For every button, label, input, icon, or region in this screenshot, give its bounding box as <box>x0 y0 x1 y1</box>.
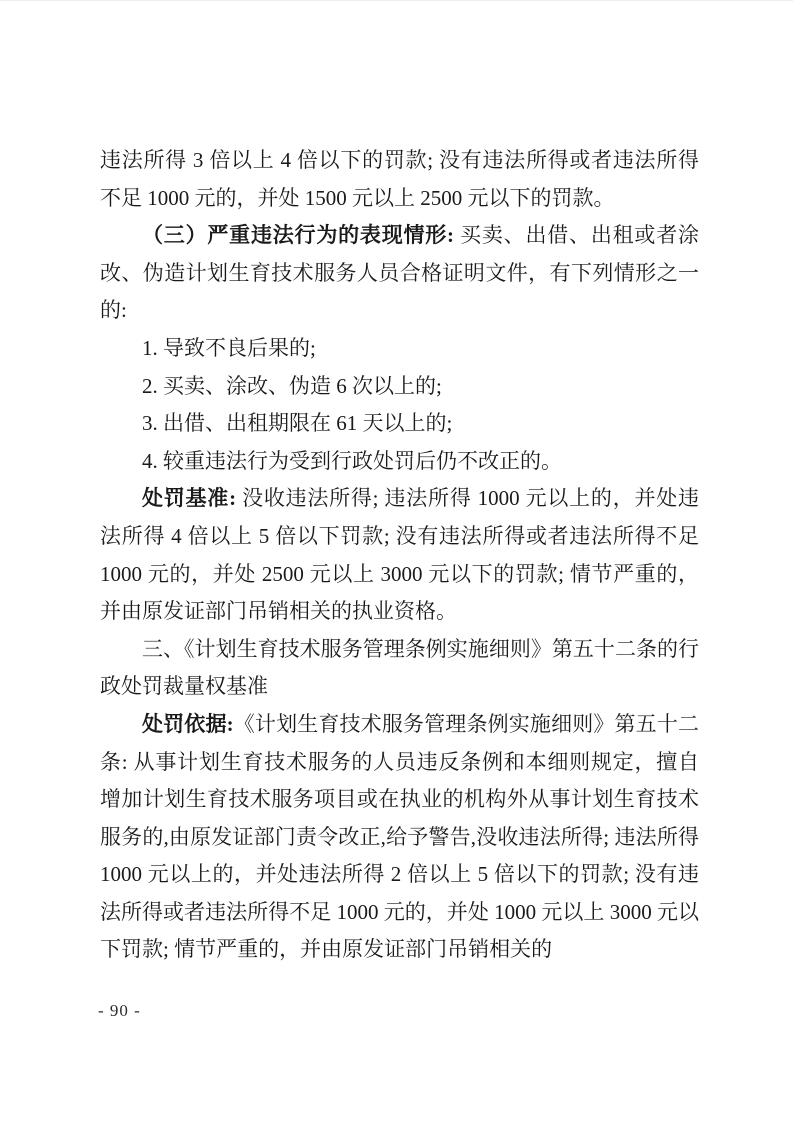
document-body: 违法所得 3 倍以上 4 倍以下的罚款; 没有违法所得或者违法所得不足 1000… <box>100 142 699 969</box>
page-number: - 90 - <box>98 1001 141 1021</box>
list-item-2: 2. 买卖、涂改、伪造 6 次以上的; <box>100 368 699 406</box>
paragraph-severe-violation: （三）严重违法行为的表现情形: 买卖、出借、出租或者涂改、伪造计划生育技术服务人… <box>100 217 699 330</box>
penalty-standard-label: 处罚基准: <box>142 486 236 510</box>
section-three-heading: 三、《计划生育技术服务管理条例实施细则》第五十二条的行政处罚裁量权基准 <box>100 631 699 706</box>
list-item-1: 1. 导致不良后果的; <box>100 330 699 368</box>
document-page: 违法所得 3 倍以上 4 倍以下的罚款; 没有违法所得或者违法所得不足 1000… <box>0 1 793 1122</box>
severe-violation-label: （三）严重违法行为的表现情形: <box>142 223 454 247</box>
list-item-3: 3. 出借、出租期限在 61 天以上的; <box>100 405 699 443</box>
penalty-basis-label: 处罚依据: <box>142 712 234 736</box>
list-item-4: 4. 较重违法行为受到行政处罚后仍不改正的。 <box>100 443 699 481</box>
paragraph-penalty-standard: 处罚基准: 没收违法所得; 违法所得 1000 元以上的，并处违法所得 4 倍以… <box>100 480 699 630</box>
paragraph-penalty-basis: 处罚依据:《计划生育技术服务管理条例实施细则》第五十二条: 从事计划生育技术服务… <box>100 706 699 969</box>
paragraph-fine-continuation: 违法所得 3 倍以上 4 倍以下的罚款; 没有违法所得或者违法所得不足 1000… <box>100 142 699 217</box>
penalty-basis-text: 《计划生育技术服务管理条例实施细则》第五十二条: 从事计划生育技术服务的人员违反… <box>100 712 699 962</box>
